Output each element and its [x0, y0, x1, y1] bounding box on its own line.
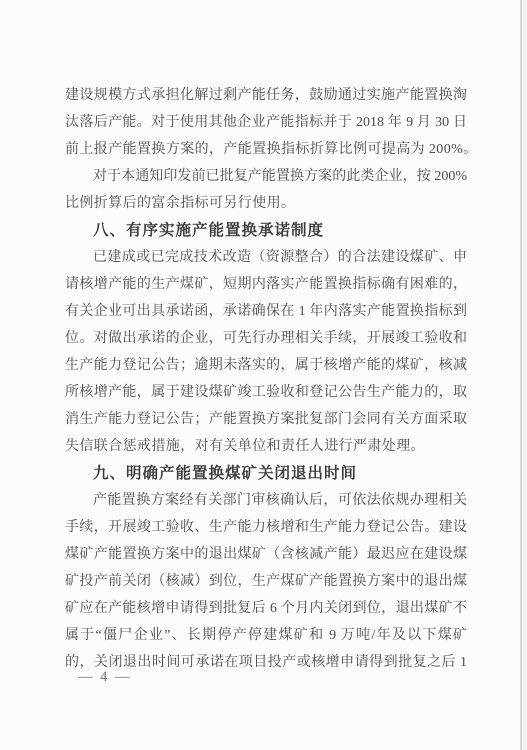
- section-heading: 九、明确产能置换煤矿关闭退出时间: [65, 460, 467, 487]
- text-line: 已建成或已完成技术改造（资源整合）的合法建设煤矿、申: [65, 244, 467, 271]
- text-line: 请核增产能的生产煤矿，短期内落实产能置换指标确有困难的，: [65, 271, 467, 298]
- text-line: 失信联合惩戒措施，对有关单位和责任人进行严肃处理。: [65, 433, 467, 460]
- text-line: 属于“僵尸企业”、长期停产停建煤矿和 9 万吨/年及以下煤矿: [65, 622, 467, 649]
- text-line: 产能置换方案经有关部门审核确认后，可依法依规办理相关: [65, 487, 467, 514]
- text-line: 比例折算后的富余指标可另行使用。: [65, 190, 467, 217]
- text-line: 矿应在产能核增申请得到批复后 6 个月内关闭到位，退出煤矿不: [65, 595, 467, 622]
- document-body: 建设规模方式承担化解过剩产能任务，鼓励通过实施产能置换淘汰落后产能。对于使用其他…: [65, 82, 467, 676]
- text-line: 有关企业可出具承诺函，承诺确保在 1 年内落实产能置换指标到: [65, 298, 467, 325]
- scan-page-edge-line: [520, 0, 522, 750]
- text-line: 手续，开展竣工验收、生产能力核增和生产能力登记公告。建设: [65, 514, 467, 541]
- page-number: — 4 —: [78, 669, 132, 686]
- text-line: 生产能力登记公告；逾期未落实的，属于核增产能的煤矿，核减: [65, 352, 467, 379]
- text-line: 建设规模方式承担化解过剩产能任务，鼓励通过实施产能置换淘: [65, 82, 467, 109]
- text-line: 前上报产能置换方案的，产能置换指标折算比例可提高为 200%。: [65, 136, 467, 163]
- text-line: 消生产能力登记公告；产能置换方案批复部门会同有关方面采取: [65, 406, 467, 433]
- text-line: 所核增产能，属于建设煤矿竣工验收和登记公告生产能力的，取: [65, 379, 467, 406]
- text-line: 对于本通知印发前已批复产能置换方案的此类企业，按 200%: [65, 163, 467, 190]
- text-line: 汰落后产能。对于使用其他企业产能指标并于 2018 年 9 月 30 日: [65, 109, 467, 136]
- section-heading: 八、有序实施产能置换承诺制度: [65, 217, 467, 244]
- text-line: 位。对做出承诺的企业，可先行办理相关手续，开展竣工验收和: [65, 325, 467, 352]
- scanned-document-page: 建设规模方式承担化解过剩产能任务，鼓励通过实施产能置换淘汰落后产能。对于使用其他…: [0, 0, 527, 750]
- scan-page-outer-margin: [522, 0, 527, 750]
- text-line: 矿投产前关闭（核减）到位，生产煤矿产能置换方案中的退出煤: [65, 568, 467, 595]
- text-line: 煤矿产能置换方案中的退出煤矿（含核减产能）最迟应在建设煤: [65, 541, 467, 568]
